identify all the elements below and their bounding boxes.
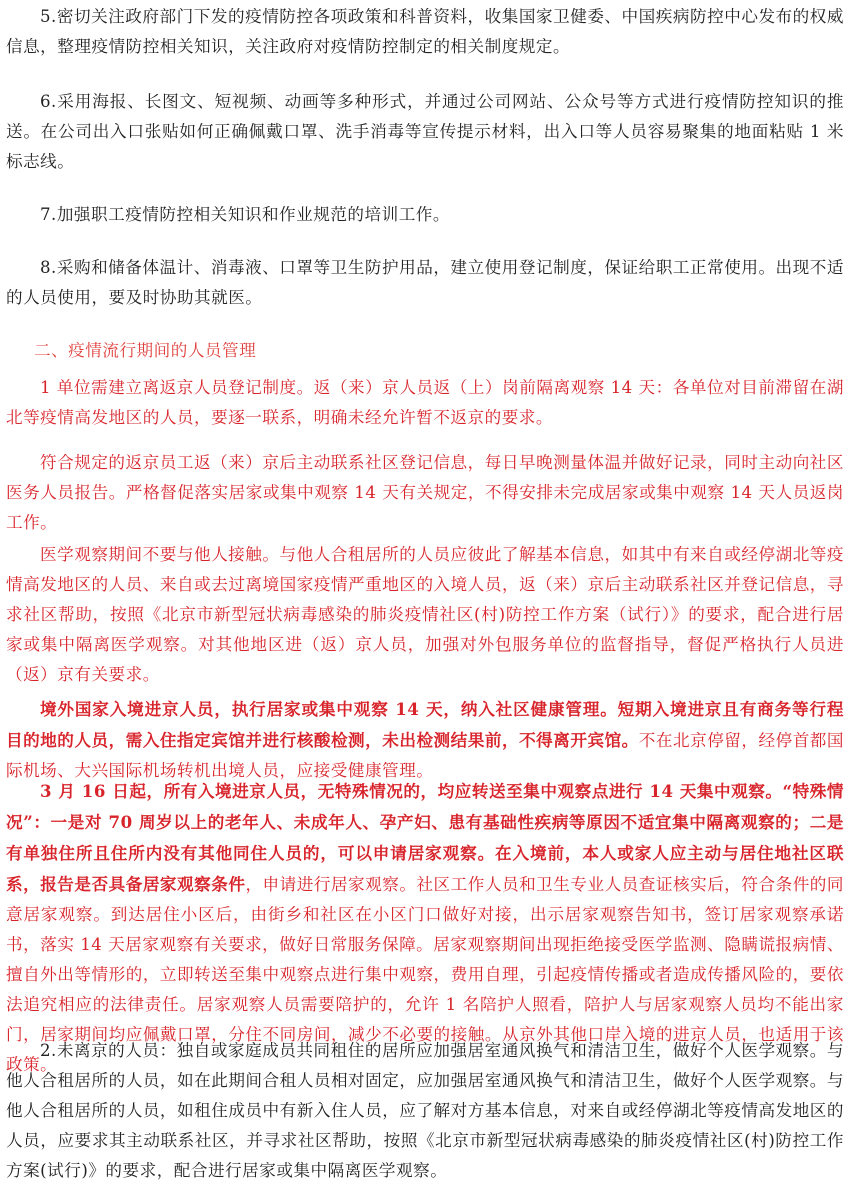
paragraph-item-6: 6.采用海报、长图文、短视频、动画等多种形式，并通过公司网站、公众号等方式进行疫… [6,87,844,177]
paragraph-non-leaving-staff: 2.未离京的人员：独自或家庭成员共同租住的居所应加强居室通风换气和清洁卫生，做好… [6,1036,844,1186]
paragraph-medical-observation: 医学观察期间不要与他人接触。与他人合租居所的人员应彼此了解基本信息，如其中有来自… [6,540,844,690]
paragraph-item-8: 8.采购和储备体温计、消毒液、口罩等卫生防护用品，建立使用登记制度，保证给职工正… [6,253,844,313]
paragraph-item-7: 7.加强职工疫情防控相关知识和作业规范的培训工作。 [6,200,844,230]
paragraph-returning-staff: 符合规定的返京员工返（来）京后主动联系社区登记信息，每日早晚测量体温并做好记录，… [6,448,844,538]
paragraph-march-16-policy: 3 月 16 日起，所有入境进京人员，无特殊情况的，均应转送至集中观察点进行 1… [6,776,844,1080]
section-heading: 二、疫情流行期间的人员管理 [34,336,256,366]
paragraph-registration-system: 1 单位需建立离返京人员登记制度。返（来）京人员返（上）岗前隔离观察 14 天：… [6,373,844,433]
paragraph-overseas-entry: 境外国家入境进京人员，执行居家或集中观察 14 天，纳入社区健康管理。短期入境进… [6,694,844,786]
paragraph-item-5: 5.密切关注政府部门下发的疫情防控各项政策和科普资料，收集国家卫健委、中国疾病防… [6,2,844,62]
